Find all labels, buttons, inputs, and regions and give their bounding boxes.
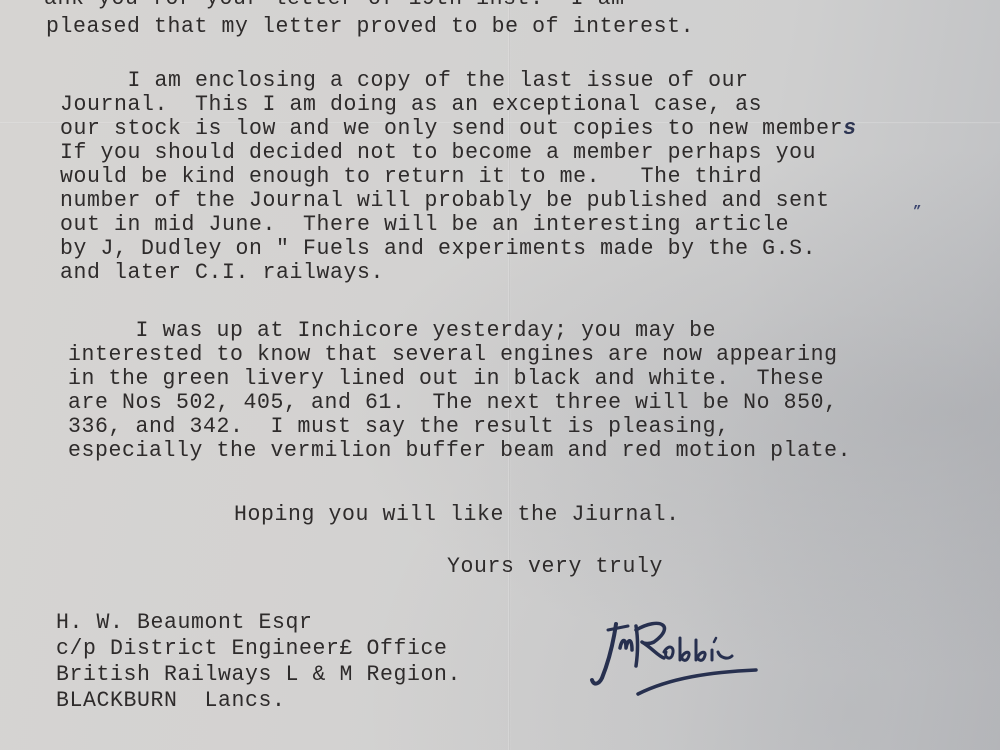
paragraph-line: Journal. This I am doing as an exception… <box>60 92 762 117</box>
recipient-location: BLACKBURN Lancs. <box>56 688 286 713</box>
paragraph-line: in the green livery lined out in black a… <box>68 366 824 391</box>
paragraph-line: If you should decided not to become a me… <box>60 140 816 165</box>
paragraph-line: I am enclosing a copy of the last issue … <box>60 68 749 93</box>
closing-line: Hoping you will like the Jiurnal. <box>234 502 680 527</box>
paragraph-line: are Nos 502, 405, and 61. The next three… <box>68 390 838 415</box>
paragraph-line: and later C.I. railways. <box>60 260 384 285</box>
paragraph-line: 336, and 342. I must say the result is p… <box>68 414 730 439</box>
recipient-name: H. W. Beaumont Esqr <box>56 610 313 635</box>
paragraph-line: by J, Dudley on " Fuels and experiments … <box>60 236 816 261</box>
valediction: Yours very truly <box>447 554 663 579</box>
ink-mark: ” <box>913 204 921 220</box>
opening-line-cut-off: ank you for your letter of 19th inst. I … <box>44 0 625 11</box>
paragraph-line: especially the vermilion buffer beam and… <box>68 438 851 463</box>
paragraph-line: would be kind enough to return it to me.… <box>60 164 762 189</box>
paragraph-line-text: our stock is low and we only send out co… <box>60 116 843 141</box>
paragraph-line: I was up at Inchicore yesterday; you may… <box>68 318 716 343</box>
paragraph-line: number of the Journal will probably be p… <box>60 188 830 213</box>
paragraph-line: out in mid June. There will be an intere… <box>60 212 789 237</box>
paragraph-line: our stock is low and we only send out co… <box>60 116 857 141</box>
recipient-organisation: British Railways L & M Region. <box>56 662 461 687</box>
handwritten-correction: s <box>843 116 857 141</box>
recipient-care-of: c/p District Engineer£ Office <box>56 636 448 661</box>
opening-line: pleased that my letter proved to be of i… <box>46 14 694 39</box>
handwritten-signature <box>580 608 790 698</box>
paragraph-line: interested to know that several engines … <box>68 342 838 367</box>
